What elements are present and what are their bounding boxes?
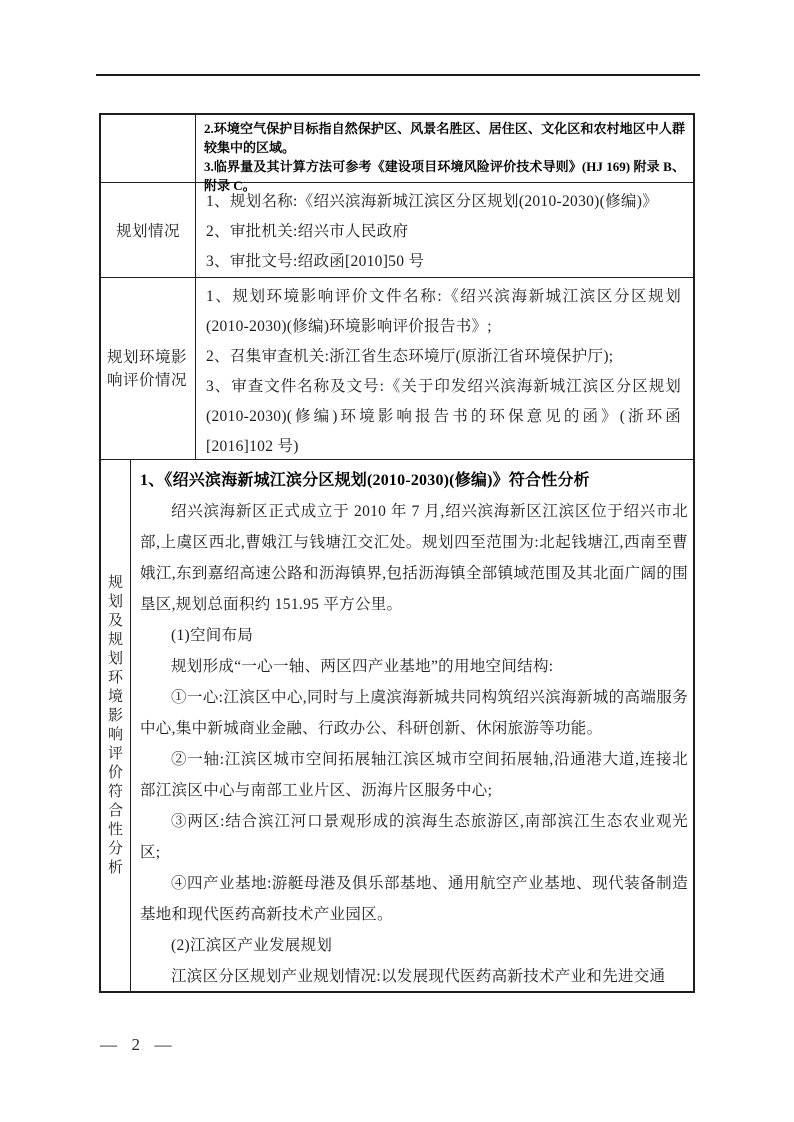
plan-eia-header-text: 规划环境影响评价情况 [107, 346, 189, 392]
compliance-header-cell: 规划及规划环境影响评价符合性分析 [101, 460, 131, 992]
page-number: — 2 — [100, 1035, 174, 1055]
plan-info-item: 1、规划名称:《绍兴滨海新城江滨区分区规划(2010-2030)(修编)》 [206, 187, 681, 217]
row-header-cell-empty [101, 115, 196, 182]
table-row-plan-info: 规划情况 1、规划名称:《绍兴滨海新城江滨区分区规划(2010-2030)(修编… [101, 183, 693, 278]
compliance-section-title: 1、《绍兴滨海新城江滨分区规划(2010-2030)(修编)》符合性分析 [140, 465, 688, 496]
table-row-footnotes: 2.环境空气保护目标指自然保护区、风景名胜区、居住区、文化区和农村地区中人群较集… [101, 115, 693, 183]
compliance-paragraph: (1)空间布局 [140, 620, 688, 651]
compliance-paragraph: ①一心:江滨区中心,同时与上虞滨海新城共同构筑绍兴滨海新城的高端服务中心,集中新… [140, 682, 688, 744]
compliance-paragraph: (2)江滨区产业发展规划 [140, 930, 688, 961]
compliance-content-cell: 1、《绍兴滨海新城江滨分区规划(2010-2030)(修编)》符合性分析 绍兴滨… [131, 460, 693, 992]
form-table: 2.环境空气保护目标指自然保护区、风景名胜区、居住区、文化区和农村地区中人群较集… [99, 113, 695, 993]
plan-info-cell: 1、规划名称:《绍兴滨海新城江滨区分区规划(2010-2030)(修编)》 2、… [196, 183, 693, 277]
plan-eia-cell: 1、规划环境影响评价文件名称:《绍兴滨海新城江滨区分区规划(2010-2030)… [196, 278, 693, 459]
compliance-paragraph: ③两区:结合滨江河口景观形成的滨海生态旅游区,南部滨江生态农业观光区; [140, 806, 688, 868]
plan-eia-header: 规划环境影响评价情况 [101, 278, 196, 459]
plan-info-item: 3、审批文号:绍政函[2010]50 号 [206, 247, 681, 277]
plan-eia-item: 1、规划环境影响评价文件名称:《绍兴滨海新城江滨区分区规划(2010-2030)… [206, 282, 681, 342]
table-row-compliance: 规划及规划环境影响评价符合性分析 1、《绍兴滨海新城江滨分区规划(2010-20… [101, 460, 693, 992]
compliance-paragraph: 江滨区分区规划产业规划情况:以发展现代医药高新技术产业和先进交通 [140, 961, 688, 992]
plan-info-item: 2、审批机关:绍兴市人民政府 [206, 217, 681, 247]
compliance-paragraph: 绍兴滨海新区正式成立于 2010 年 7 月,绍兴滨海新区江滨区位于绍兴市北部,… [140, 496, 688, 620]
compliance-paragraph: 规划形成“一心一轴、两区四产业基地”的用地空间结构: [140, 651, 688, 682]
footnote-line: 2.环境空气保护目标指自然保护区、风景名胜区、居住区、文化区和农村地区中人群较集… [204, 119, 685, 157]
compliance-paragraph: ④四产业基地:游艇母港及俱乐部基地、通用航空产业基地、现代装备制造基地和现代医药… [140, 868, 688, 930]
compliance-header-vertical-text: 规划及规划环境影响评价符合性分析 [107, 574, 124, 878]
plan-eia-item: 2、召集审查机关:浙江省生态环境厅(原浙江省环境保护厅); [206, 342, 681, 372]
plan-info-header: 规划情况 [101, 183, 196, 277]
document-page: 2.环境空气保护目标指自然保护区、风景名胜区、居住区、文化区和农村地区中人群较集… [0, 0, 794, 1122]
header-rule [96, 74, 700, 76]
table-row-plan-eia: 规划环境影响评价情况 1、规划环境影响评价文件名称:《绍兴滨海新城江滨区分区规划… [101, 278, 693, 460]
footnotes-cell: 2.环境空气保护目标指自然保护区、风景名胜区、居住区、文化区和农村地区中人群较集… [196, 115, 693, 182]
compliance-paragraph: ②一轴:江滨区城市空间拓展轴江滨区城市空间拓展轴,沿通港大道,连接北部江滨区中心… [140, 744, 688, 806]
plan-eia-item: 3、审查文件名称及文号:《关于印发绍兴滨海新城江滨区分区规划(2010-2030… [206, 372, 681, 462]
